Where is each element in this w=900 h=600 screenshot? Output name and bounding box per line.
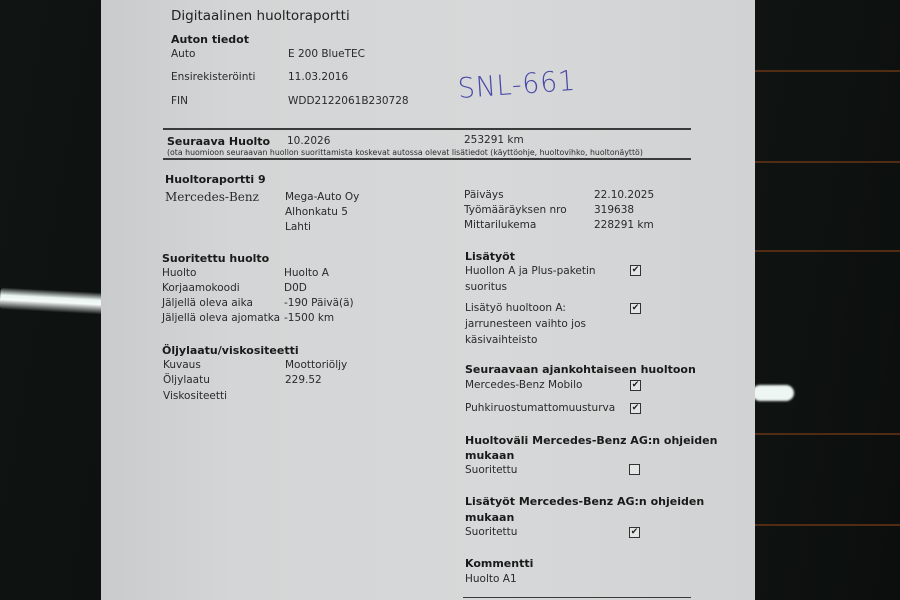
photo-background: Digitaalinen huoltoraportti Auton tiedot… xyxy=(0,0,900,600)
extra-work-2-line-1: Lisätyö huoltoon A: xyxy=(465,302,566,314)
background-stripe xyxy=(750,524,900,526)
oil-heading: Öljylaatu/viskositeetti xyxy=(162,344,299,357)
checkbox-icon[interactable]: ✔ xyxy=(630,380,641,391)
remaining-time-label: Jäljellä oleva aika xyxy=(162,297,253,309)
mobilo-label: Mercedes-Benz Mobilo xyxy=(465,379,582,391)
next-service-km: 253291 km xyxy=(464,134,524,146)
comment-text: Huolto A1 xyxy=(465,573,517,585)
next-service-note: (ota huomioon seuraavan huollon suoritta… xyxy=(167,148,643,157)
fin-value: WDD2122061B230728 xyxy=(288,95,409,107)
divider xyxy=(163,158,691,160)
remaining-time-value: -190 Päivä(ä) xyxy=(284,297,354,309)
dealer-street: Alhonkatu 5 xyxy=(285,206,348,218)
fin-label: FIN xyxy=(171,95,188,107)
background-stripe xyxy=(750,70,900,72)
work-order-value: 319638 xyxy=(594,204,634,216)
performed-service-heading: Suoritettu huolto xyxy=(162,252,269,265)
checkbox-icon[interactable]: ✔ xyxy=(630,403,641,414)
divider xyxy=(463,597,691,598)
oil-quality-value: 229.52 xyxy=(285,374,322,386)
background-stripe xyxy=(750,161,900,163)
next-service-date: 10.2026 xyxy=(287,135,330,147)
date-label: Päiväys xyxy=(464,189,504,201)
service-report-paper: Digitaalinen huoltoraportti Auton tiedot… xyxy=(101,0,755,600)
workshop-code-value: D0D xyxy=(284,282,307,294)
oil-description-value: Moottoriöljy xyxy=(285,359,347,371)
next-service-label: Seuraava Huolto xyxy=(167,135,270,148)
date-value: 22.10.2025 xyxy=(594,189,654,201)
service-value: Huolto A xyxy=(284,267,329,279)
remaining-distance-label: Jäljellä oleva ajomatka xyxy=(162,312,280,324)
dealer-city: Lahti xyxy=(285,221,311,233)
rust-warranty-label: Puhkiruostumattomuusturva xyxy=(465,402,615,414)
background-stripe xyxy=(750,250,900,252)
background-stripe xyxy=(750,433,900,435)
next-current-heading: Seuraavaan ajankohtaiseen huoltoon xyxy=(465,363,696,376)
extra-mb-heading-line-1: Lisätyöt Mercedes-Benz AG:n ohjeiden xyxy=(465,495,704,508)
car-value: E 200 BlueTEC xyxy=(288,48,365,60)
comment-heading: Kommentti xyxy=(465,557,533,570)
extra-work-1-line-2: suoritus xyxy=(465,281,507,293)
extra-work-2-line-3: käsivaihteisto xyxy=(465,334,537,346)
interval-heading-line-2: mukaan xyxy=(465,449,514,462)
dealer-name: Mega-Auto Oy xyxy=(285,191,359,203)
checkbox-icon[interactable]: ✔ xyxy=(629,527,640,538)
service-label: Huolto xyxy=(162,267,196,279)
handwritten-plate-number: SNL-661 xyxy=(457,64,577,105)
car-label: Auto xyxy=(171,48,195,60)
extra-mb-heading-line-2: mukaan xyxy=(465,511,514,524)
divider xyxy=(163,128,691,130)
first-registration-label: Ensirekisteröinti xyxy=(171,71,255,83)
car-info-heading: Auton tiedot xyxy=(171,33,249,46)
odometer-label: Mittarilukema xyxy=(464,219,536,231)
viscosity-label: Viskositeetti xyxy=(163,390,227,402)
oil-quality-label: Öljylaatu xyxy=(163,374,210,386)
brand-logo-text: Mercedes-Benz xyxy=(165,190,259,204)
extra-work-2-line-2: jarrunesteen vaihto jos xyxy=(465,318,586,330)
extra-work-1-line-1: Huollon A ja Plus-paketin xyxy=(465,265,596,277)
checkbox-icon[interactable] xyxy=(629,464,640,475)
interval-heading-line-1: Huoltoväli Mercedes-Benz AG:n ohjeiden xyxy=(465,434,717,447)
remaining-distance-value: -1500 km xyxy=(284,312,334,324)
work-order-label: Työmääräyksen nro xyxy=(464,204,567,216)
checkbox-icon[interactable]: ✔ xyxy=(630,265,641,276)
report-heading: Huoltoraportti 9 xyxy=(165,173,266,186)
extra-mb-performed-label: Suoritettu xyxy=(465,526,517,538)
extra-work-heading: Lisätyöt xyxy=(465,250,515,263)
interval-performed-label: Suoritettu xyxy=(465,464,517,476)
light-reflection xyxy=(752,385,794,401)
workshop-code-label: Korjaamokoodi xyxy=(162,282,240,294)
odometer-value: 228291 km xyxy=(594,219,654,231)
first-registration-value: 11.03.2016 xyxy=(288,71,348,83)
document-title: Digitaalinen huoltoraportti xyxy=(171,8,350,24)
checkbox-icon[interactable]: ✔ xyxy=(630,303,641,314)
oil-description-label: Kuvaus xyxy=(163,359,201,371)
light-reflection xyxy=(0,287,106,314)
